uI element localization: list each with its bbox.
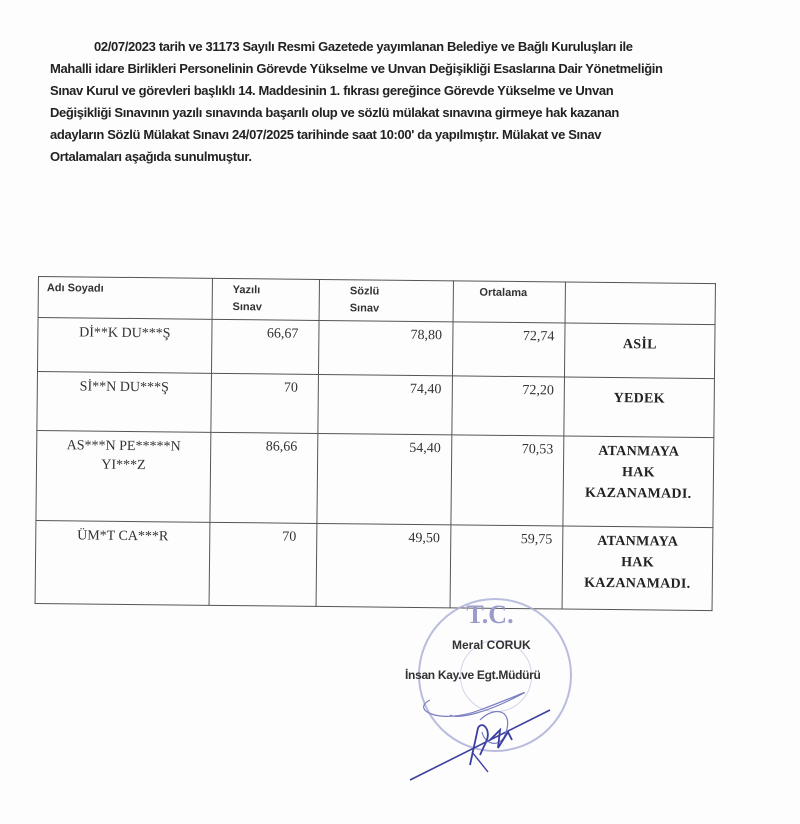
cell-name: Sİ**N DU***Ş — [37, 372, 211, 433]
cell-status: ASİL — [565, 323, 716, 379]
table-row: Sİ**N DU***Ş 70 74,40 72,20 YEDEK — [37, 372, 715, 438]
cell-name: ÜM*T CA***R — [35, 520, 210, 605]
cell-average: 72,74 — [452, 322, 565, 377]
cell-written-score: 70 — [211, 373, 319, 433]
signer-name: Meral CORUK — [452, 638, 531, 652]
cell-written-score: 66,67 — [211, 319, 319, 374]
cell-written-score: 70 — [209, 522, 317, 606]
cell-oral-score: 54,40 — [317, 433, 451, 524]
cell-oral-score: 78,80 — [319, 320, 453, 375]
header-name: Adı Soyadı — [38, 277, 212, 320]
cell-status: ATANMAYAHAKKAZANAMADI. — [563, 436, 714, 528]
cell-written-score: 86,66 — [210, 432, 318, 523]
table-row: Dİ**K DU***Ş 66,67 78,80 72,74 ASİL — [37, 318, 715, 379]
cell-name: Dİ**K DU***Ş — [37, 318, 211, 374]
cell-oral-score: 49,50 — [316, 523, 450, 607]
intro-paragraph-block: 02/07/2023 tarih ve 31173 Sayılı Resmi G… — [50, 36, 670, 168]
intro-paragraph: 02/07/2023 tarih ve 31173 Sayılı Resmi G… — [50, 36, 670, 168]
stamp-text: T.C. — [450, 600, 530, 630]
cell-name: AS***N PE*****NYI***Z — [36, 430, 211, 522]
header-average: Ortalama — [453, 281, 566, 323]
table-row: ÜM*T CA***R 70 49,50 59,75 ATANMAYAHAKKA… — [35, 520, 713, 610]
header-oral-exam: SözlüSınav — [319, 279, 453, 321]
cell-average: 72,20 — [451, 376, 564, 436]
cell-average: 59,75 — [450, 525, 563, 609]
table-header-row: Adı Soyadı YazılıSınav SözlüSınav Ortala… — [38, 277, 715, 325]
cell-status: ATANMAYAHAKKAZANAMADI. — [562, 526, 713, 611]
cell-oral-score: 74,40 — [318, 374, 452, 434]
header-written-exam: YazılıSınav — [212, 278, 320, 320]
cell-status: YEDEK — [564, 377, 715, 438]
results-table: Adı Soyadı YazılıSınav SözlüSınav Ortala… — [35, 276, 716, 611]
signature-scribble-icon — [400, 680, 580, 790]
header-status — [565, 282, 715, 325]
cell-average: 70,53 — [451, 435, 564, 526]
table-row: AS***N PE*****NYI***Z 86,66 54,40 70,53 … — [36, 430, 714, 527]
